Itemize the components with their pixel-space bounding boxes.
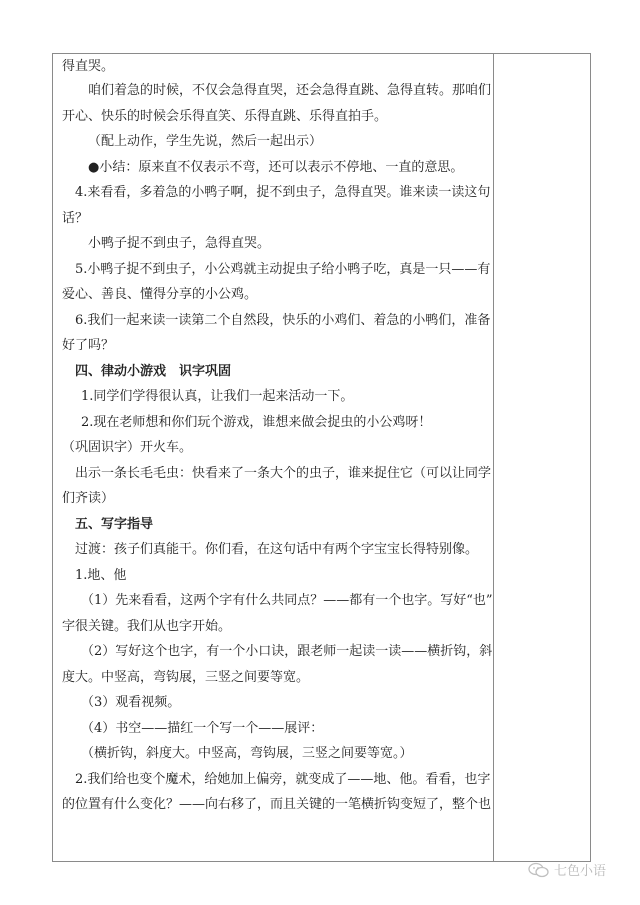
lesson-plan-table: 得直哭。咱们着急的时候，不仅会急得直哭，还会急得直跳、急得直转。那咱们开心、快乐… <box>52 53 591 862</box>
text-line: 2.现在老师想和你们玩个游戏，谁想来做会捉虫的小公鸡呀！ <box>62 410 487 436</box>
lesson-content-cell: 得直哭。咱们着急的时候，不仅会急得直哭，还会急得直跳、急得直转。那咱们开心、快乐… <box>62 54 487 818</box>
text-line: 话？ <box>62 206 487 232</box>
text-line: （4）书空——描红一个写一个——展评： <box>62 716 487 742</box>
text-line: 过渡：孩子们真能干。你们看，在这句话中有两个字宝宝长得特别像。 <box>62 537 487 563</box>
watermark-text: 七色小语 <box>554 860 606 879</box>
text-line: 好了吗？ <box>62 333 487 359</box>
watermark: 七色小语 <box>527 860 606 879</box>
text-line: 爱心、善良、懂得分享的小公鸡。 <box>62 282 487 308</box>
wechat-icon <box>527 862 551 878</box>
text-line: 咱们着急的时候，不仅会急得直哭，还会急得直跳、急得直转。那咱们 <box>62 78 487 104</box>
text-line: 小鸭子捉不到虫子，急得直哭。 <box>62 231 487 257</box>
text-line: 得直哭。 <box>62 54 487 78</box>
text-line: 度大。中竖高，弯钩展，三竖之间要等宽。 <box>62 665 487 691</box>
text-line: 4.来看看，多着急的小鸭子啊，捉不到虫子，急得直哭。谁来读一读这句 <box>62 180 487 206</box>
text-line: （2）写好这个也字，有一个小口诀，跟老师一起读一读——横折钩，斜 <box>62 639 487 665</box>
text-line: 1.同学们学得很认真，让我们一起来活动一下。 <box>62 384 487 410</box>
text-line: 2.我们给也变个魔术，给她加上偏旁，就变成了——地、他。看看，也字 <box>62 767 487 793</box>
text-line: 6.我们一起来读一读第二个自然段，快乐的小鸡们、着急的小鸭们，准备 <box>62 308 487 334</box>
text-line: （巩固识字）开火车。 <box>62 435 487 461</box>
text-line: （配上动作，学生先说，然后一起出示） <box>62 129 487 155</box>
text-line: 们齐读） <box>62 486 487 512</box>
text-line: 的位置有什么变化？——向右移了，而且关键的一笔横折钩变短了，整个也 <box>62 792 487 818</box>
text-line: ●小结：原来直不仅表示不弯，还可以表示不停地、一直的意思。 <box>62 155 487 181</box>
section-heading: 四、律动小游戏 识字巩固 <box>62 359 487 385</box>
text-line: （3）观看视频。 <box>62 690 487 716</box>
text-line: （横折钩，斜度大。中竖高，弯钩展，三竖之间要等宽。） <box>62 741 487 767</box>
text-line: 字很关键。我们从也字开始。 <box>62 614 487 640</box>
section-heading: 五、写字指导 <box>62 512 487 538</box>
text-line: （1）先来看看，这两个字有什么共同点？——都有一个也字。写好“也” <box>62 588 487 614</box>
notes-cell <box>494 54 590 861</box>
text-line: 开心、快乐的时候会乐得直笑、乐得直跳、乐得直拍手。 <box>62 104 487 130</box>
text-line: 1.地、他 <box>62 563 487 589</box>
text-line: 出示一条长毛毛虫：快看来了一条大个的虫子，谁来捉住它（可以让同学 <box>62 461 487 487</box>
text-line: 5.小鸭子捉不到虫子，小公鸡就主动捉虫子给小鸭子吃，真是一只——有 <box>62 257 487 283</box>
